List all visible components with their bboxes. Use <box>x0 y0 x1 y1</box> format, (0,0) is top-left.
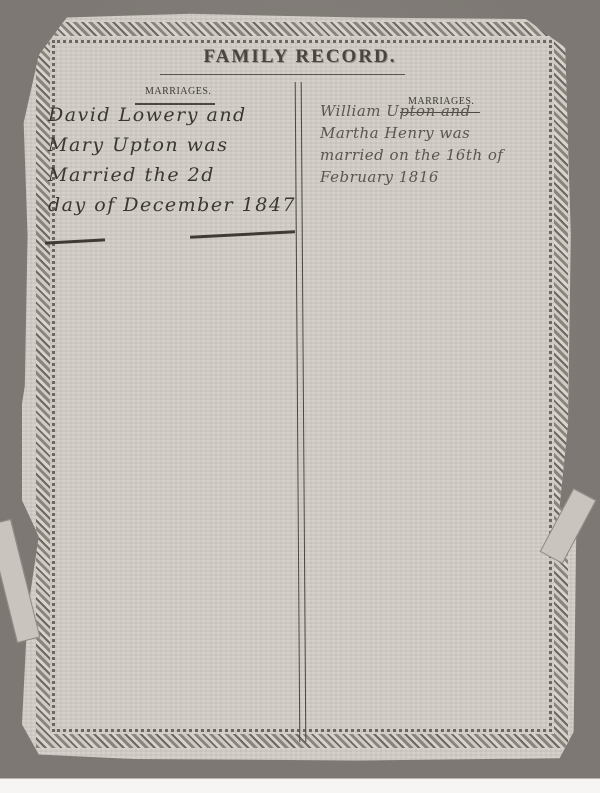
entry-line: Married the 2d <box>48 160 298 190</box>
scan-margin <box>0 778 600 793</box>
marriage-entry-right: William Upton and Martha Henry was marri… <box>320 100 570 188</box>
entry-line: William Upton and <box>320 100 570 122</box>
entry-line: February 1816 <box>320 166 570 188</box>
entry-line: Mary Upton was <box>48 130 298 160</box>
page-title: FAMILY RECORD. <box>0 46 600 68</box>
marriage-entry-left: David Lowery and Mary Upton was Married … <box>48 100 298 220</box>
entry-line: married on the 16th of <box>320 144 570 166</box>
column-heading-left: MARRIAGES. <box>145 86 211 97</box>
entry-line: day of December 1847 <box>48 190 298 220</box>
entry-line: David Lowery and <box>48 100 298 130</box>
title-rule <box>160 74 405 75</box>
entry-line: Martha Henry was <box>320 122 570 144</box>
